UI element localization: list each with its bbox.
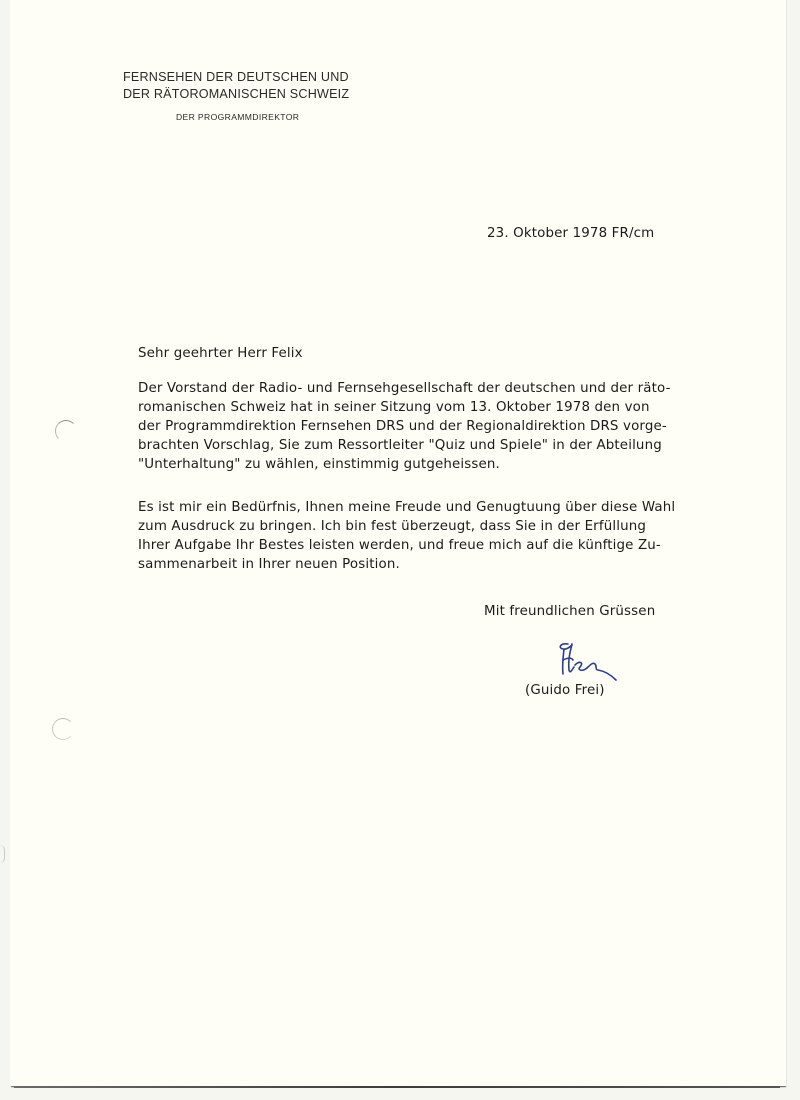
paragraph-line: Ihrer Aufgabe Ihr Bestes leisten werden,… [138, 536, 675, 555]
body-paragraph-1: Der Vorstand der Radio- und Fernsehgesel… [138, 379, 671, 474]
signer-name: (Guido Frei) [525, 683, 605, 698]
letterhead-organization-line-1: FERNSEHEN DER DEUTSCHEN UND [123, 69, 349, 86]
paragraph-line: sammenarbeit in Ihrer neuen Position. [138, 555, 675, 574]
signature-strokes [560, 644, 616, 680]
paragraph-line: der Programmdirektion Fernsehen DRS und … [138, 417, 671, 436]
punch-hole-mark [52, 718, 74, 740]
paragraph-line: romanischen Schweiz hat in seiner Sitzun… [138, 398, 671, 417]
paragraph-line: brachten Vorschlag, Sie zum Ressortleite… [138, 436, 671, 455]
closing: Mit freundlichen Grüssen [484, 604, 655, 619]
letter-paper: FERNSEHEN DER DEUTSCHEN UND DER RÄTOROMA… [10, 0, 787, 1086]
salutation: Sehr geehrter Herr Felix [138, 346, 303, 361]
letterhead-department: DER PROGRAMMDIREKTOR [176, 112, 349, 122]
paragraph-line: Es ist mir ein Bedürfnis, Ihnen meine Fr… [138, 498, 675, 517]
body-paragraph-2: Es ist mir ein Bedürfnis, Ihnen meine Fr… [138, 498, 675, 574]
letterhead-organization-line-2: DER RÄTOROMANISCHEN SCHWEIZ [123, 86, 349, 103]
paragraph-line: zum Ausdruck zu bringen. Ich bin fest üb… [138, 517, 675, 536]
paragraph-line: "Unterhaltung" zu wählen, einstimmig gut… [138, 455, 671, 474]
scanned-page-background: FERNSEHEN DER DEUTSCHEN UND DER RÄTOROMA… [0, 0, 800, 1100]
letterhead: FERNSEHEN DER DEUTSCHEN UND DER RÄTOROMA… [123, 69, 349, 122]
handwritten-signature-icon [550, 640, 620, 684]
date-reference: 23. Oktober 1978 FR/cm [487, 226, 654, 241]
scan-edge-mark [0, 845, 5, 863]
paragraph-line: Der Vorstand der Radio- und Fernsehgesel… [138, 379, 671, 398]
punch-hole-mark [55, 420, 77, 442]
